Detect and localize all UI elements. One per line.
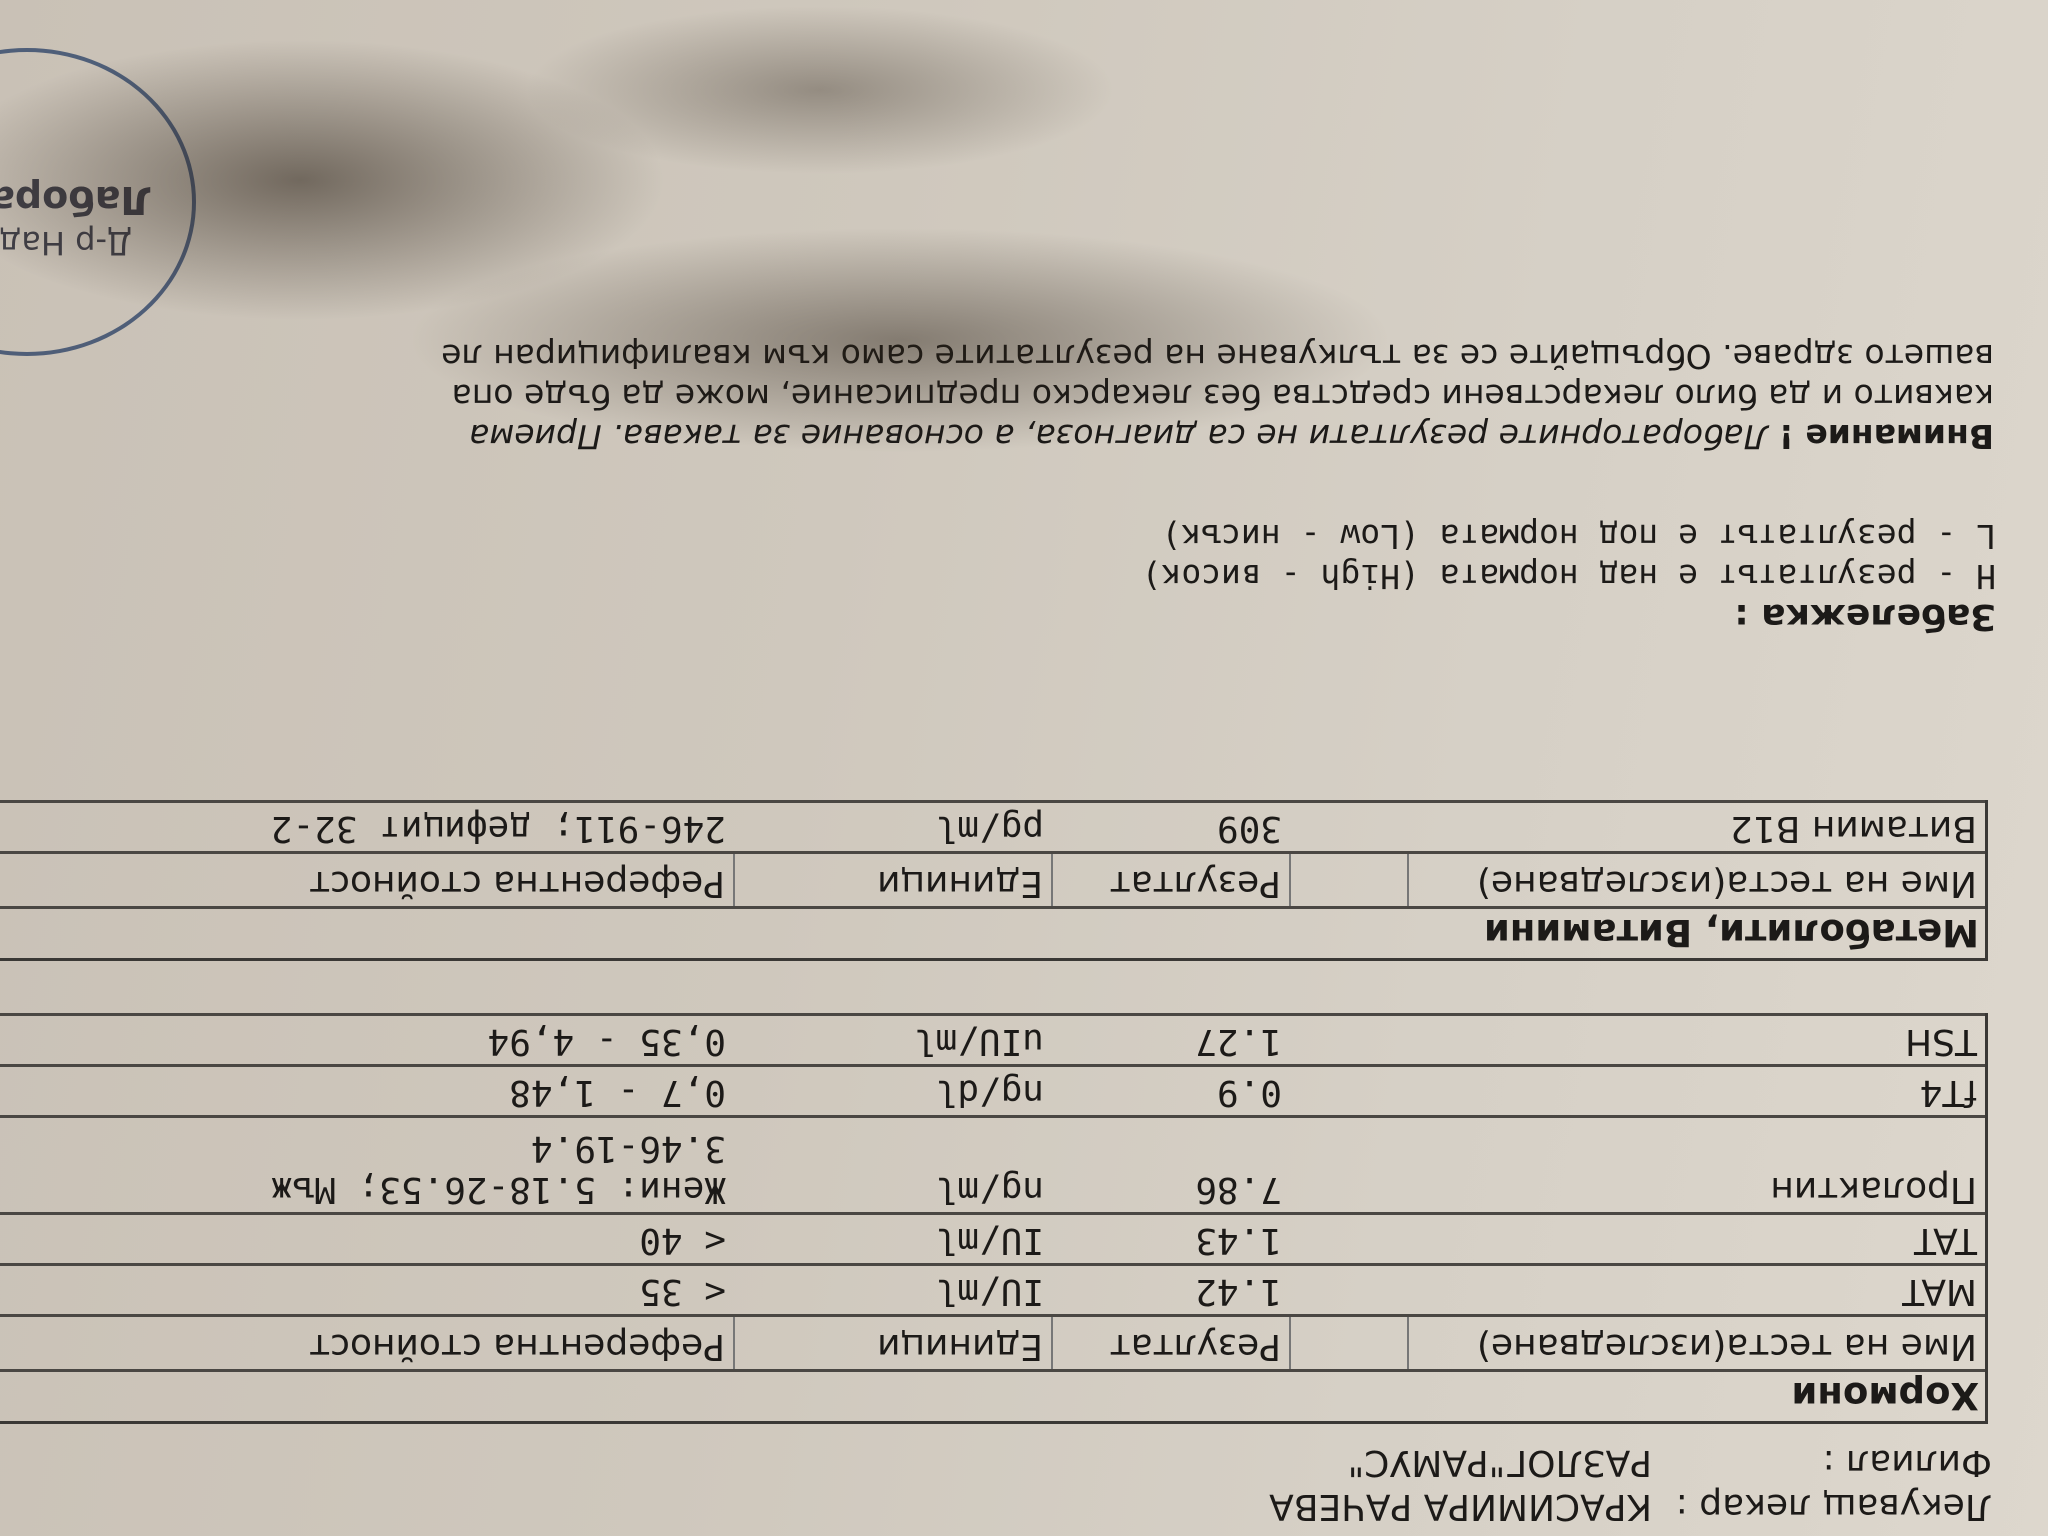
test-reference: < 40	[0, 1214, 734, 1265]
warning-lead: Внимание !	[1779, 417, 1994, 456]
report-header: Лекуващ лекар : КРАСИМИРА РАЧЕВА Филиал …	[1269, 1440, 1992, 1528]
test-reference: 0,7 - 1,48	[0, 1066, 734, 1117]
note-high: H - резултатът е над нормата (High - вис…	[1142, 556, 1996, 596]
col-result: Резултат	[1052, 1316, 1290, 1370]
branch-value: РАЗЛОГ"РАМУС"	[1348, 1440, 1652, 1484]
col-reference: Референтна стойност	[0, 1316, 734, 1370]
test-reference: 0,35 - 4,94	[0, 1015, 734, 1066]
note-block: Забележка : H - резултатът е над нормата…	[1142, 516, 1996, 636]
col-result: Резултат	[1052, 853, 1290, 907]
test-name: Витамин B12	[1290, 802, 1985, 853]
col-test-name: Име на теста(изследване)	[1408, 1316, 1985, 1370]
table-row: TSH 1.27 uIU/ml 0,35 - 4,94	[0, 1015, 1985, 1066]
section-hormones: Хормони Име на теста(изследване) Резулта…	[0, 1013, 1988, 1424]
laboratory-stamp: Д-р Надеж Лаборато	[0, 48, 196, 356]
test-result: 1.43	[1052, 1214, 1290, 1265]
test-name: TSH	[1290, 1015, 1985, 1066]
test-unit: ng/ml	[734, 1117, 1052, 1214]
test-result: 0.9	[1052, 1066, 1290, 1117]
test-unit: uIU/ml	[734, 1015, 1052, 1066]
test-reference: Жени: 5.18-26.53; Мъж 3.46-19.4	[0, 1117, 734, 1214]
lab-results-sheet: Лекуващ лекар : КРАСИМИРА РАЧЕВА Филиал …	[0, 0, 2048, 1536]
hormones-table: Име на теста(изследване) Резултат Единиц…	[0, 1013, 1985, 1369]
col-spacer	[1290, 853, 1408, 907]
section-metabolites-vitamins: Метаболити, Витамини Име на теста(изслед…	[0, 800, 1988, 961]
warning-block: Внимание ! Лабораторните резултати не са…	[0, 336, 1994, 456]
test-result: 1.42	[1052, 1265, 1290, 1316]
doctor-value: КРАСИМИРА РАЧЕВА	[1269, 1484, 1652, 1528]
col-units: Единици	[734, 1316, 1052, 1370]
reference-line-1: Жени: 5.18-26.53; Мъж	[0, 1169, 726, 1210]
table-row: Пролактин 7.86 ng/ml Жени: 5.18-26.53; М…	[0, 1117, 1985, 1214]
test-name: MAT	[1290, 1265, 1985, 1316]
note-title: Забележка :	[1734, 596, 1996, 637]
test-unit: ng/dl	[734, 1066, 1052, 1117]
test-name: fT4	[1290, 1066, 1985, 1117]
reference-line-2: 3.46-19.4	[0, 1128, 726, 1169]
test-unit: pg/ml	[734, 802, 1052, 853]
test-name: Пролактин	[1290, 1117, 1985, 1214]
stamp-doctor: Д-р Надеж	[0, 224, 132, 262]
col-spacer	[1290, 1316, 1408, 1370]
col-reference: Референтна стойност	[0, 853, 734, 907]
section-title: Метаболити, Витамини	[0, 906, 1985, 958]
table-row: TAT 1.43 IU/ml < 40	[0, 1214, 1985, 1265]
test-reference: 246-911; дефицит 32-2	[0, 802, 734, 853]
table-header-row: Име на теста(изследване) Резултат Единиц…	[0, 853, 1985, 907]
stamp-lab: Лаборато	[0, 178, 152, 222]
note-low: L - резултатът е под нормата (Low - нисъ…	[1142, 516, 1996, 556]
test-result: 309	[1052, 802, 1290, 853]
test-reference: < 35	[0, 1265, 734, 1316]
warning-line-1: Лабораторните резултати не са диагноза, …	[469, 417, 1768, 456]
doctor-row: Лекуващ лекар : КРАСИМИРА РАЧЕВА	[1269, 1484, 1992, 1528]
section-title: Хормони	[0, 1369, 1985, 1421]
test-unit: IU/ml	[734, 1265, 1052, 1316]
test-unit: IU/ml	[734, 1214, 1052, 1265]
test-result: 1.27	[1052, 1015, 1290, 1066]
col-units: Единици	[734, 853, 1052, 907]
warning-line-2: каквито и да било лекарствени средства б…	[0, 376, 1994, 416]
test-result: 7.86	[1052, 1117, 1290, 1214]
test-name: TAT	[1290, 1214, 1985, 1265]
warning-line-3: вашето здраве. Обръщайте се за тълкуване…	[0, 336, 1994, 376]
table-row: MAT 1.42 IU/ml < 35	[0, 1265, 1985, 1316]
table-header-row: Име на теста(изследване) Резултат Единиц…	[0, 1316, 1985, 1370]
doctor-label: Лекуващ лекар :	[1652, 1484, 1992, 1528]
col-test-name: Име на теста(изследване)	[1408, 853, 1985, 907]
branch-label: Филиал :	[1652, 1440, 1992, 1484]
table-row: fT4 0.9 ng/dl 0,7 - 1,48	[0, 1066, 1985, 1117]
vitamins-table: Име на теста(изследване) Резултат Единиц…	[0, 800, 1985, 906]
table-row: Витамин B12 309 pg/ml 246-911; дефицит 3…	[0, 802, 1985, 853]
branch-row: Филиал : РАЗЛОГ"РАМУС"	[1269, 1440, 1992, 1484]
